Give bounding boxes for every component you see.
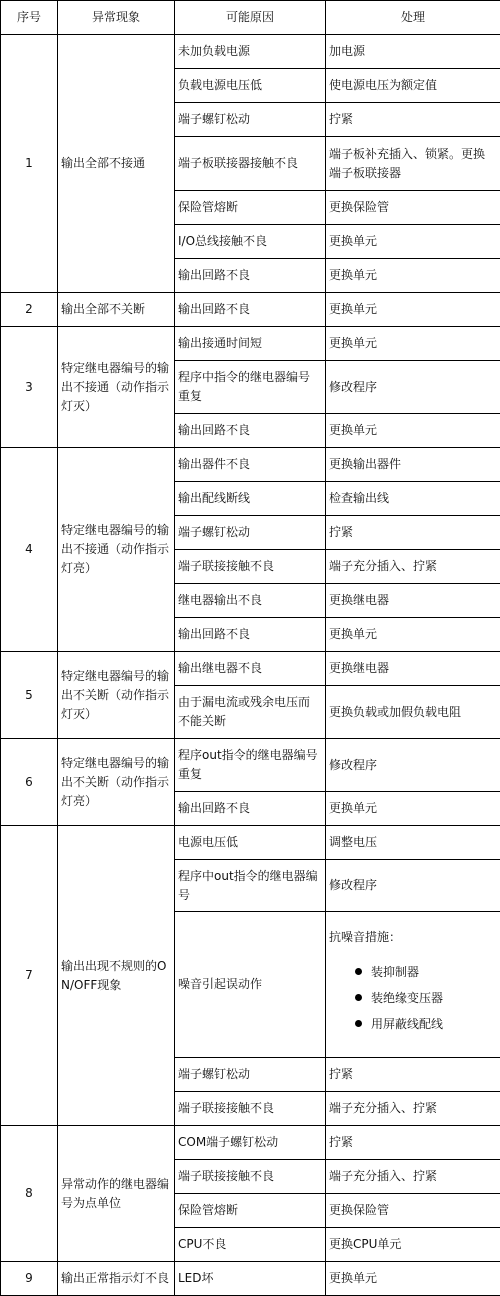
symptom-cell: 异常动作的继电器编号为点单位 [58,1126,175,1262]
cause-cell: 未加负载电源 [175,35,326,69]
action-cell: 加电源 [326,35,500,69]
action-cell: 更换单元 [326,1262,500,1296]
table-row: 5 特定继电器编号的输出不关断（动作指示灯灭） 输出继电器不良 更换继电器 [1,652,500,686]
cause-cell: 继电器输出不良 [175,584,326,618]
action-cell: 使电源电压为额定值 [326,69,500,103]
header-row: 序号 异常现象 可能原因 处理 [1,1,500,35]
cause-cell: 程序中out指令的继电器编号 [175,860,326,912]
row-number: 2 [1,293,58,327]
table-row: 4 特定继电器编号的输出不接通（动作指示灯亮） 输出器件不良 更换输出器件 [1,448,500,482]
action-cell: 更换单元 [326,618,500,652]
row-number: 1 [1,35,58,293]
cause-cell: 由于漏电流或残余电压而不能关断 [175,686,326,739]
action-cell: 拧紧 [326,1058,500,1092]
cause-cell: 端子联接接触不良 [175,1092,326,1126]
action-cell: 更换单元 [326,792,500,826]
cause-cell: 端子联接接触不良 [175,550,326,584]
cause-cell: 电源电压低 [175,826,326,860]
symptom-cell: 输出正常指示灯不良 [58,1262,175,1296]
header-symptom: 异常现象 [58,1,175,35]
symptom-cell: 特定继电器编号的输出不关断（动作指示灯灭） [58,652,175,739]
table-row: 6 特定继电器编号的输出不关断（动作指示灯亮） 程序out指令的继电器编号重复 … [1,739,500,792]
symptom-cell: 输出全部不关断 [58,293,175,327]
cause-cell: 保险管熔断 [175,191,326,225]
cause-cell: 噪音引起误动作 [175,912,326,1058]
row-number: 6 [1,739,58,826]
symptom-cell: 输出出现不规则的ON/OFF现象 [58,826,175,1126]
noise-measures-list: 装抑制器 装绝缘变压器 用屏蔽线配线 [329,959,496,1037]
cause-cell: 端子螺钉松动 [175,1058,326,1092]
cause-cell: 输出继电器不良 [175,652,326,686]
table-row: 3 特定继电器编号的输出不接通（动作指示灯灭） 输出接通时间短 更换单元 [1,327,500,361]
table-row: 9 输出正常指示灯不良 LED坏 更换单元 [1,1262,500,1296]
action-cell: 更换负载或加假负载电阻 [326,686,500,739]
row-number: 9 [1,1262,58,1296]
troubleshooting-table: 序号 异常现象 可能原因 处理 1 输出全部不接通 未加负载电源 加电源 负载电… [0,0,500,1296]
action-cell: 端子充分插入、拧紧 [326,1160,500,1194]
action-cell: 更换继电器 [326,652,500,686]
action-cell: 端子板补充插入、锁紧。更换端子板联接器 [326,137,500,191]
cause-cell: 端子联接接触不良 [175,1160,326,1194]
symptom-cell: 特定继电器编号的输出不关断（动作指示灯亮） [58,739,175,826]
action-cell: 更换单元 [326,327,500,361]
action-cell: 端子充分插入、拧紧 [326,1092,500,1126]
header-action: 处理 [326,1,500,35]
action-cell: 端子充分插入、拧紧 [326,550,500,584]
cause-cell: 端子板联接器接触不良 [175,137,326,191]
cause-cell: 输出回路不良 [175,293,326,327]
cause-cell: 输出器件不良 [175,448,326,482]
action-cell: 更换CPU单元 [326,1228,500,1262]
action-cell: 更换输出器件 [326,448,500,482]
cause-cell: I/O总线接触不良 [175,225,326,259]
table-row: 2 输出全部不关断 输出回路不良 更换单元 [1,293,500,327]
action-cell: 更换单元 [326,225,500,259]
cause-cell: 输出回路不良 [175,792,326,826]
cause-cell: 输出回路不良 [175,618,326,652]
cause-cell: 端子螺钉松动 [175,516,326,550]
bullet-item: 装抑制器 [355,959,496,985]
noise-measures-title: 抗噪音措施： [329,928,496,947]
action-cell: 更换单元 [326,259,500,293]
action-cell: 更换单元 [326,414,500,448]
action-cell: 调整电压 [326,826,500,860]
bullet-item: 装绝缘变压器 [355,985,496,1011]
row-number: 5 [1,652,58,739]
bullet-item: 用屏蔽线配线 [355,1011,496,1037]
row-number: 7 [1,826,58,1126]
cause-cell: 端子螺钉松动 [175,103,326,137]
table-row: 8 异常动作的继电器编号为点单位 COM端子螺钉松动 拧紧 [1,1126,500,1160]
cause-cell: 输出回路不良 [175,259,326,293]
action-cell: 更换保险管 [326,191,500,225]
row-number: 4 [1,448,58,652]
symptom-cell: 特定继电器编号的输出不接通（动作指示灯亮） [58,448,175,652]
table-row: 1 输出全部不接通 未加负载电源 加电源 [1,35,500,69]
action-cell: 修改程序 [326,860,500,912]
action-cell: 更换单元 [326,293,500,327]
cause-cell: 输出配线断线 [175,482,326,516]
cause-cell: COM端子螺钉松动 [175,1126,326,1160]
cause-cell: 负载电源电压低 [175,69,326,103]
action-cell: 更换保险管 [326,1194,500,1228]
cause-cell: 保险管熔断 [175,1194,326,1228]
action-cell: 修改程序 [326,739,500,792]
cause-cell: 程序out指令的继电器编号重复 [175,739,326,792]
symptom-cell: 输出全部不接通 [58,35,175,293]
cause-cell: LED坏 [175,1262,326,1296]
cause-cell: CPU不良 [175,1228,326,1262]
row-number: 3 [1,327,58,448]
table-row: 7 输出出现不规则的ON/OFF现象 电源电压低 调整电压 [1,826,500,860]
action-cell: 拧紧 [326,516,500,550]
row-number: 8 [1,1126,58,1262]
symptom-cell: 特定继电器编号的输出不接通（动作指示灯灭） [58,327,175,448]
cause-cell: 输出接通时间短 [175,327,326,361]
header-no: 序号 [1,1,58,35]
cause-cell: 输出回路不良 [175,414,326,448]
header-cause: 可能原因 [175,1,326,35]
action-cell: 修改程序 [326,361,500,414]
action-cell: 拧紧 [326,1126,500,1160]
action-cell: 检查输出线 [326,482,500,516]
action-cell: 拧紧 [326,103,500,137]
action-cell: 更换继电器 [326,584,500,618]
cause-cell: 程序中指令的继电器编号重复 [175,361,326,414]
noise-measures-cell: 抗噪音措施： 装抑制器 装绝缘变压器 用屏蔽线配线 [326,912,500,1058]
